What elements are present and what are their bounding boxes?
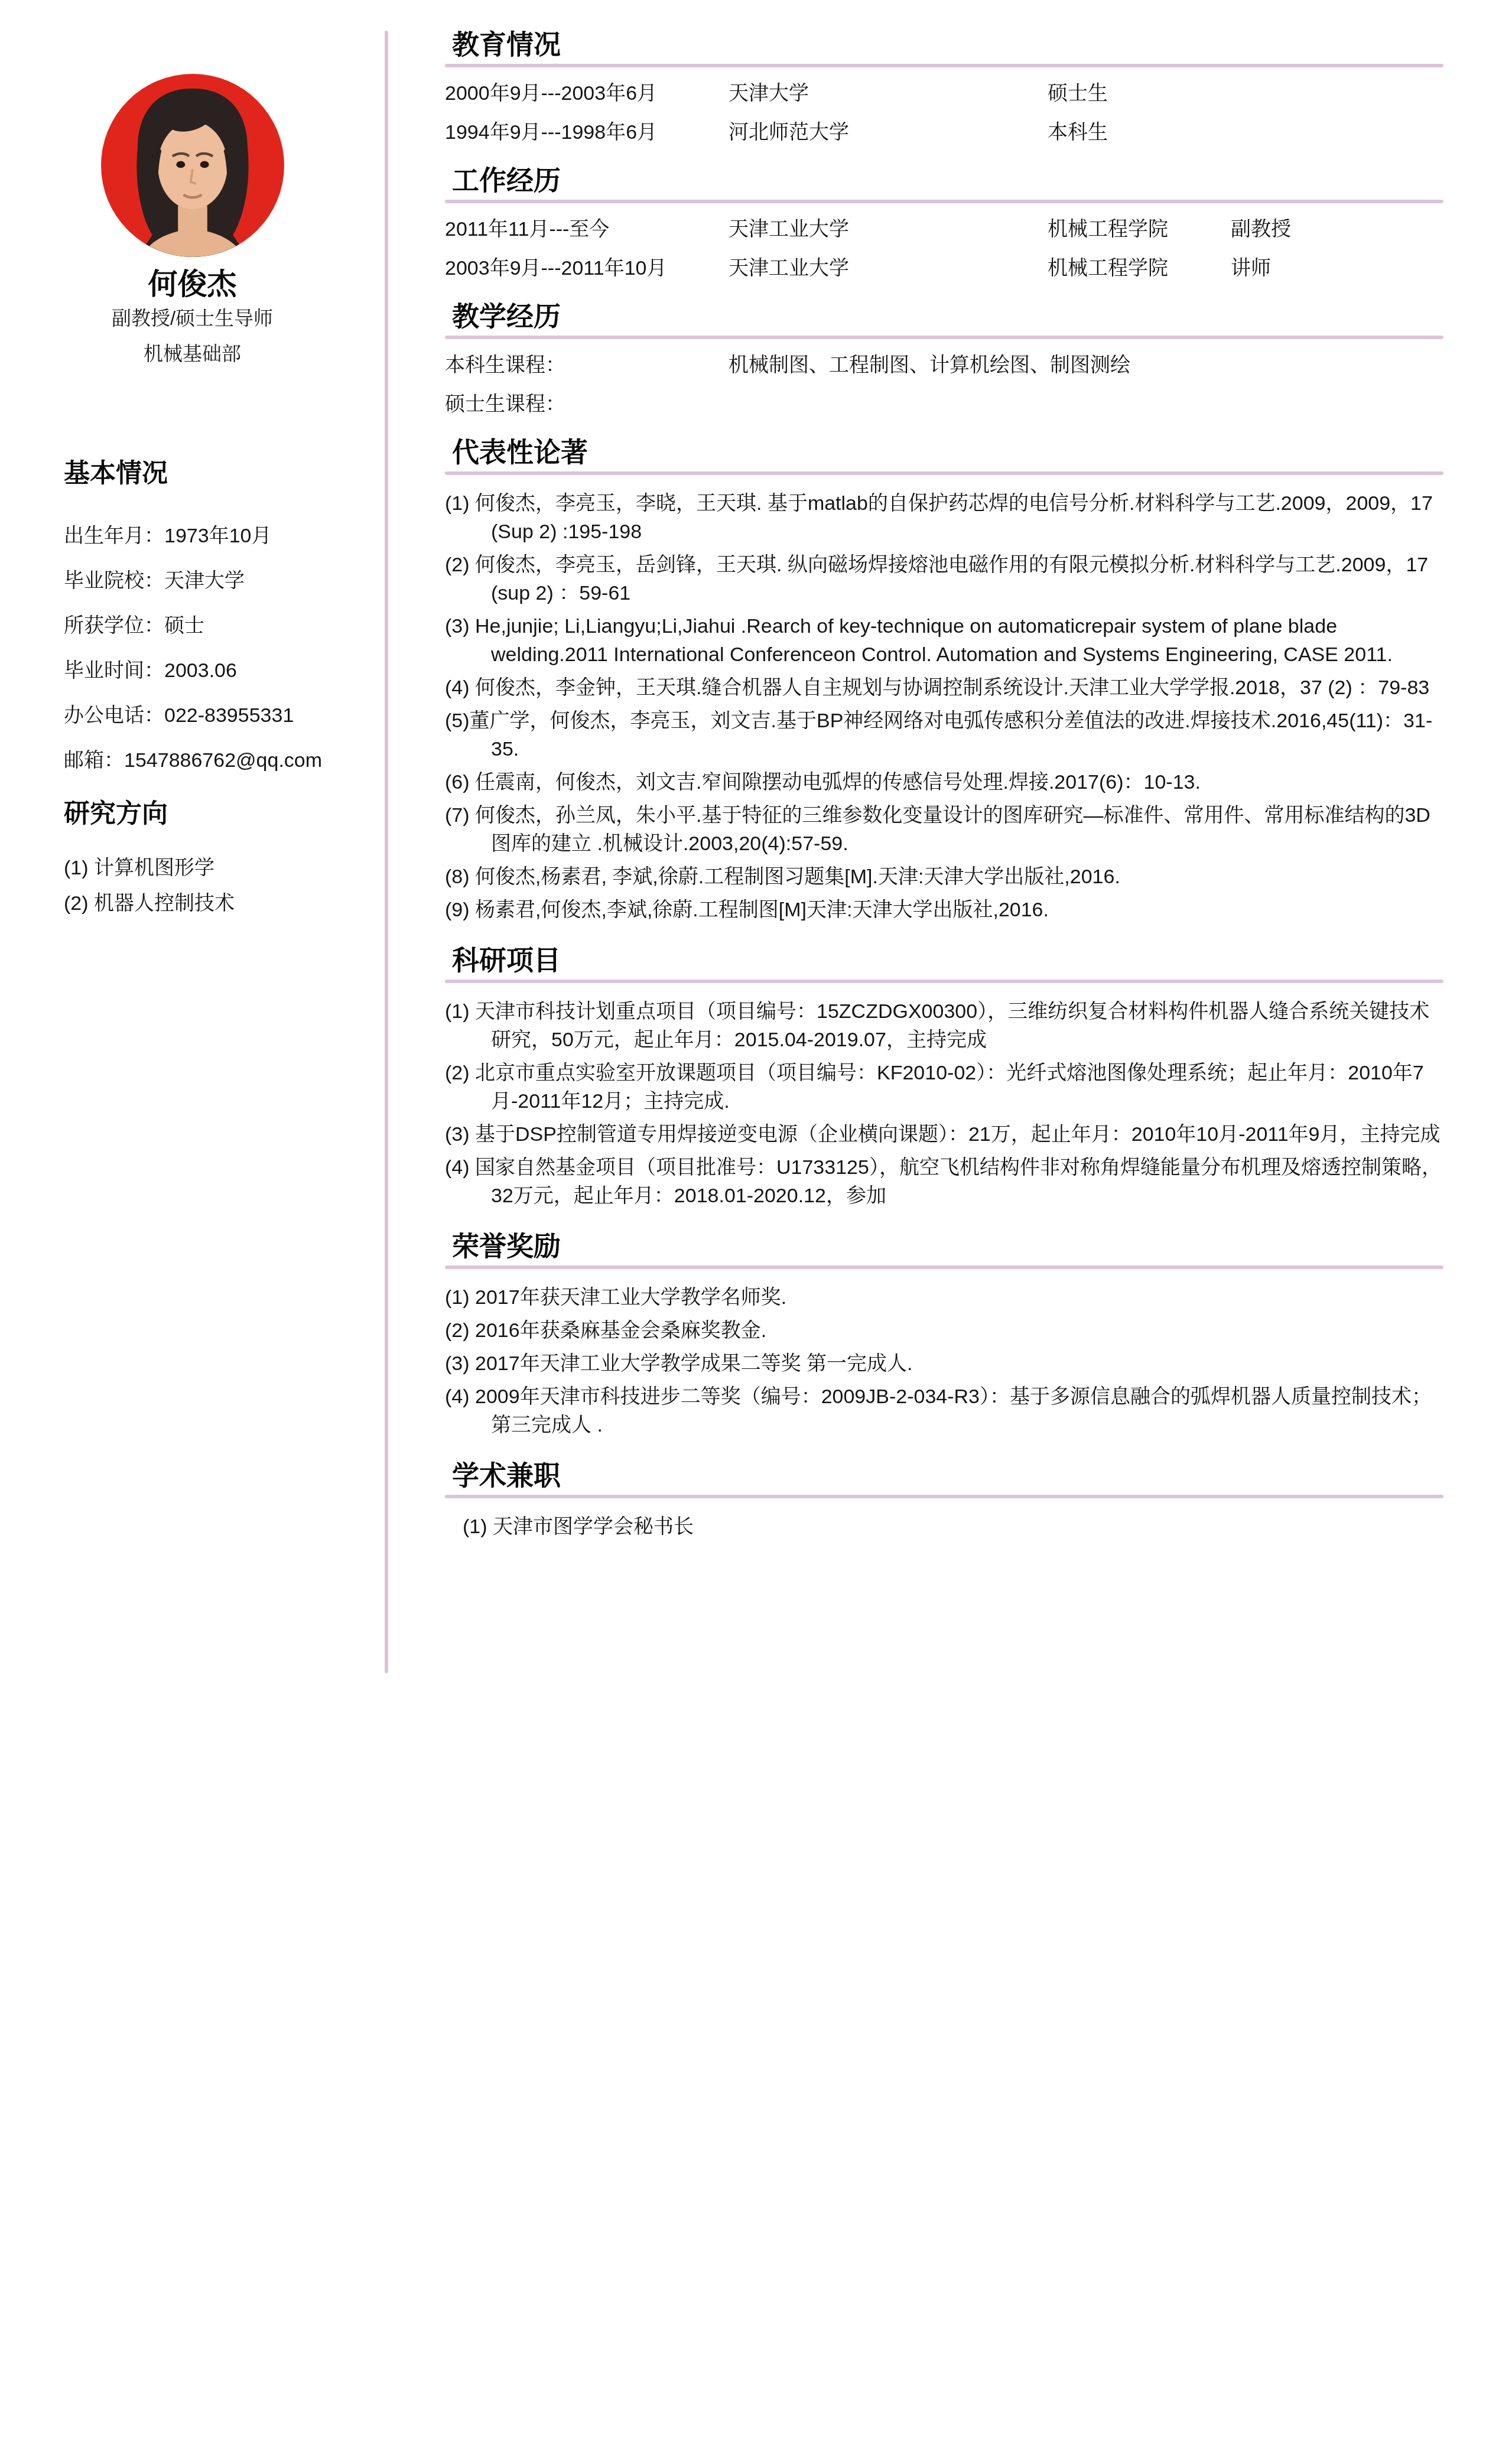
- work-department: 机械工程学院: [1048, 256, 1231, 280]
- positions-rule: [445, 1495, 1443, 1498]
- awards-list: (1) 2017年获天津工业大学教学名师奖. (2) 2016年获桑麻基金会桑麻…: [445, 1283, 1443, 1439]
- section-positions: 学术兼职 (1) 天津市图学学会秘书长: [445, 1460, 1443, 1541]
- projects-list: (1) 天津市科技计划重点项目（项目编号：15ZCZDGX00300），三维纺织…: [445, 997, 1443, 1210]
- publication-item: (6) 任震南，何俊杰，刘文吉.窄间隙摆动电弧焊的传感信号处理.焊接.2017(…: [445, 768, 1443, 796]
- teaching-rows: 本科生课程： 机械制图、工程制图、计算机绘图、制图测绘 硕士生课程：: [445, 353, 1443, 416]
- position-item: (1) 天津市图学学会秘书长: [463, 1512, 1443, 1541]
- award-item: (1) 2017年获天津工业大学教学名师奖.: [445, 1283, 1443, 1312]
- section-publications: 代表性论著 (1) 何俊杰，李亮玉，李晓，王天琪. 基于matlab的自保护药芯…: [445, 437, 1443, 924]
- person-department: 机械基础部: [0, 336, 385, 372]
- work-title: 讲师: [1231, 256, 1443, 280]
- teaching-heading: 教学经历: [452, 301, 1443, 331]
- awards-rule: [445, 1266, 1443, 1269]
- work-organization: 天津工业大学: [729, 217, 1048, 241]
- sidebar: 何俊杰 副教授/硕士生导师 机械基础部 基本情况 出生年月：1973年10月 毕…: [0, 0, 385, 921]
- education-rule: [445, 64, 1443, 67]
- basic-info-line: 毕业院校：天津大学: [64, 558, 361, 603]
- work-rule: [445, 200, 1443, 203]
- research-list: (1) 计算机图形学 (2) 机器人控制技术: [64, 850, 361, 921]
- work-organization: 天津工业大学: [729, 256, 1048, 280]
- projects-heading: 科研项目: [452, 945, 1443, 975]
- research-heading: 研究方向: [64, 799, 385, 829]
- publication-item: (8) 何俊杰,杨素君, 李斌,徐蔚.工程制图习题集[M].天津:天津大学出版社…: [445, 863, 1443, 891]
- basic-info-line: 毕业时间：2003.06: [64, 648, 361, 693]
- work-department: 机械工程学院: [1048, 217, 1231, 241]
- education-degree: 本科生: [1048, 121, 1443, 144]
- awards-heading: 荣誉奖励: [452, 1231, 1443, 1261]
- basic-info-list: 出生年月：1973年10月 毕业院校：天津大学 所获学位：硕士 毕业时间：200…: [64, 513, 361, 783]
- work-title: 副教授: [1231, 217, 1443, 241]
- teaching-courses: 机械制图、工程制图、计算机绘图、制图测绘: [729, 353, 1443, 377]
- basic-info-line: 所获学位：硕士: [64, 603, 361, 648]
- basic-info-heading: 基本情况: [64, 459, 385, 489]
- project-item: (3) 基于DSP控制管道专用焊接逆变电源（企业横向课题）：21万，起止年月：2…: [445, 1120, 1443, 1149]
- basic-info-line: 邮箱：1547886762@qq.com: [64, 738, 361, 783]
- work-period: 2003年9月---2011年10月: [445, 256, 729, 280]
- person-photo-icon: [101, 74, 284, 257]
- education-heading: 教育情况: [452, 30, 1443, 59]
- teaching-row: 本科生课程： 机械制图、工程制图、计算机绘图、制图测绘: [445, 353, 1443, 377]
- award-item: (3) 2017年天津工业大学教学成果二等奖 第一完成人.: [445, 1349, 1443, 1378]
- basic-info-line: 出生年月：1973年10月: [64, 513, 361, 558]
- teaching-label: 本科生课程：: [445, 353, 729, 377]
- education-school: 天津大学: [729, 82, 1048, 105]
- publication-item: (7) 何俊杰，孙兰凤，朱小平.基于特征的三维参数化变量设计的图库研究—标准件、…: [445, 801, 1443, 858]
- project-item: (4) 国家自然基金项目（项目批准号：U1733125），航空飞机结构件非对称角…: [445, 1153, 1443, 1210]
- main-column: 教育情况 2000年9月---2003年6月 天津大学 硕士生 1994年9月-…: [388, 0, 1512, 1562]
- basic-info-line: 办公电话：022-83955331: [64, 693, 361, 738]
- publications-heading: 代表性论著: [452, 437, 1443, 467]
- education-period: 2000年9月---2003年6月: [445, 82, 729, 105]
- section-education: 教育情况 2000年9月---2003年6月 天津大学 硕士生 1994年9月-…: [445, 30, 1443, 144]
- person-role: 副教授/硕士生导师: [0, 301, 385, 336]
- education-rows: 2000年9月---2003年6月 天津大学 硕士生 1994年9月---199…: [445, 82, 1443, 144]
- research-line: (2) 机器人控制技术: [64, 886, 361, 921]
- education-row: 2000年9月---2003年6月 天津大学 硕士生: [445, 82, 1443, 105]
- section-projects: 科研项目 (1) 天津市科技计划重点项目（项目编号：15ZCZDGX00300）…: [445, 945, 1443, 1210]
- publication-item: (1) 何俊杰，李亮玉，李晓，王天琪. 基于matlab的自保护药芯焊的电信号分…: [445, 489, 1443, 546]
- publications-rule: [445, 471, 1443, 475]
- project-item: (2) 北京市重点实验室开放课题项目（项目编号：KF2010-02）：光纤式熔池…: [445, 1059, 1443, 1115]
- publication-item: (2) 何俊杰，李亮玉，岳剑锋，王天琪. 纵向磁场焊接熔池电磁作用的有限元模拟分…: [445, 551, 1443, 607]
- positions-list: (1) 天津市图学学会秘书长: [445, 1512, 1443, 1541]
- publication-item: (4) 何俊杰，李金钟，王天琪.缝合机器人自主规划与协调控制系统设计.天津工业大…: [445, 674, 1443, 702]
- work-rows: 2011年11月---至今 天津工业大学 机械工程学院 副教授 2003年9月-…: [445, 217, 1443, 280]
- education-period: 1994年9月---1998年6月: [445, 121, 729, 144]
- education-degree: 硕士生: [1048, 82, 1443, 105]
- publication-item: (3) He,junjie; Li,Liangyu;Li,Jiahui .Rea…: [445, 612, 1443, 669]
- award-item: (2) 2016年获桑麻基金会桑麻奖教金.: [445, 1316, 1443, 1345]
- project-item: (1) 天津市科技计划重点项目（项目编号：15ZCZDGX00300），三维纺织…: [445, 997, 1443, 1054]
- award-item: (4) 2009年天津市科技进步二等奖（编号：2009JB-2-034-R3）：…: [445, 1382, 1443, 1439]
- teaching-label: 硕士生课程：: [445, 392, 729, 416]
- section-teaching: 教学经历 本科生课程： 机械制图、工程制图、计算机绘图、制图测绘 硕士生课程：: [445, 301, 1443, 416]
- work-period: 2011年11月---至今: [445, 217, 729, 241]
- publication-item: (5)董广学，何俊杰，李亮玉，刘文吉.基于BP神经网络对电弧传感积分差值法的改进…: [445, 707, 1443, 763]
- section-awards: 荣誉奖励 (1) 2017年获天津工业大学教学名师奖. (2) 2016年获桑麻…: [445, 1231, 1443, 1439]
- positions-heading: 学术兼职: [452, 1460, 1443, 1490]
- teaching-rule: [445, 336, 1443, 339]
- education-row: 1994年9月---1998年6月 河北师范大学 本科生: [445, 121, 1443, 144]
- resume-page: 何俊杰 副教授/硕士生导师 机械基础部 基本情况 出生年月：1973年10月 毕…: [0, 0, 1512, 1673]
- person-name: 何俊杰: [0, 268, 385, 301]
- work-row: 2011年11月---至今 天津工业大学 机械工程学院 副教授: [445, 217, 1443, 241]
- teaching-row: 硕士生课程：: [445, 392, 1443, 416]
- projects-rule: [445, 980, 1443, 983]
- research-line: (1) 计算机图形学: [64, 850, 361, 886]
- work-heading: 工作经历: [452, 165, 1443, 195]
- publications-list: (1) 何俊杰，李亮玉，李晓，王天琪. 基于matlab的自保护药芯焊的电信号分…: [445, 489, 1443, 924]
- education-school: 河北师范大学: [729, 121, 1048, 144]
- publication-item: (9) 杨素君,何俊杰,李斌,徐蔚.工程制图[M]天津:天津大学出版社,2016…: [445, 896, 1443, 924]
- work-row: 2003年9月---2011年10月 天津工业大学 机械工程学院 讲师: [445, 256, 1443, 280]
- section-work: 工作经历 2011年11月---至今 天津工业大学 机械工程学院 副教授 200…: [445, 165, 1443, 280]
- profile-photo: [101, 74, 284, 257]
- teaching-courses: [729, 392, 1443, 416]
